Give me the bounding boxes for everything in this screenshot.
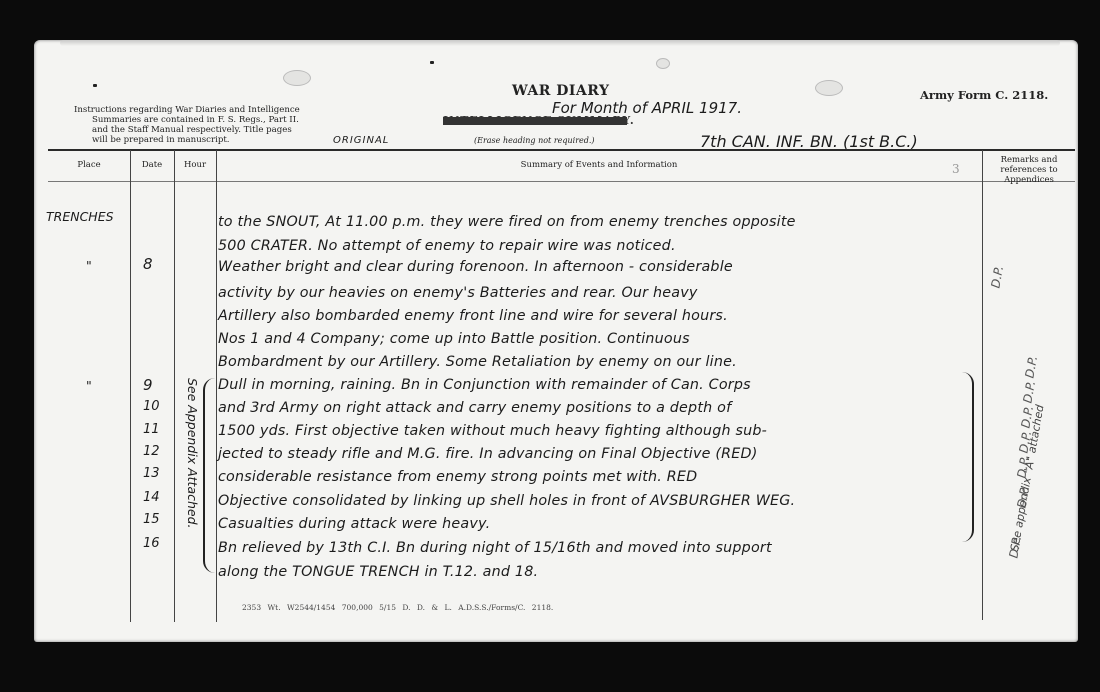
column-header-date: Date [130, 160, 174, 170]
entry-date: 11 [143, 422, 160, 437]
entry-text: Artillery also bombarded enemy front lin… [218, 308, 728, 324]
army-form-number: Army Form C. 2118. [920, 88, 1048, 102]
entry-place: " [86, 378, 92, 393]
instructions-line: and the Staff Manual respectively. Title… [74, 125, 324, 135]
form-title: WAR DIARY [512, 83, 609, 99]
entry-text: Weather bright and clear during forenoon… [218, 259, 733, 275]
original-stamp: ORIGINAL [333, 135, 389, 146]
left-brace [203, 378, 215, 573]
erase-note: (Erase heading not required.) [474, 136, 595, 145]
paper-curl [60, 40, 1060, 46]
column-header-rule [48, 181, 1075, 182]
column-divider [130, 150, 131, 622]
entry-text: Bombardment by our Artillery. Some Retal… [218, 354, 737, 370]
entry-date: 13 [143, 466, 160, 481]
entry-text: 500 CRATER. No attempt of enemy to repai… [218, 238, 676, 254]
ink-speck [430, 61, 434, 64]
entry-text: to the SNOUT, At 11.00 p.m. they were fi… [218, 214, 796, 230]
right-brace [960, 372, 974, 542]
entry-text: Dull in morning, raining. Bn in Conjunct… [218, 377, 751, 393]
punch-hole [283, 70, 311, 86]
page-number: 3 [952, 162, 960, 176]
entry-text: jected to steady rifle and M.G. fire. In… [218, 446, 758, 462]
ink-speck [93, 84, 97, 87]
column-header-hour: Hour [174, 160, 216, 170]
column-header-remarks: Remarks and references to Appendices [985, 155, 1073, 185]
column-divider [174, 150, 175, 622]
entry-text: considerable resistance from enemy stron… [218, 469, 697, 485]
entry-text: Objective consolidated by linking up she… [218, 493, 795, 509]
month-entry: For Month of APRIL 1917. [552, 99, 742, 117]
hour-appendix-note: See Appendix Attached. [185, 378, 200, 529]
entry-date: 9 [143, 376, 153, 394]
entry-text: activity by our heavies on enemy's Batte… [218, 285, 698, 301]
instructions-line: will be prepared in manuscript. [74, 135, 324, 145]
instructions-line: Summaries are contained in F. S. Regs., … [74, 115, 324, 125]
instructions-line: Instructions regarding War Diaries and I… [74, 105, 324, 115]
instructions-block: Instructions regarding War Diaries and I… [74, 105, 324, 145]
column-divider [982, 150, 983, 620]
entry-text: 1500 yds. First objective taken without … [218, 423, 767, 439]
entry-date: 12 [143, 444, 160, 459]
entry-text: and 3rd Army on right attack and carry e… [218, 400, 731, 416]
punch-hole [815, 80, 843, 96]
entry-text: along the TONGUE TRENCH in T.12. and 18. [218, 564, 538, 580]
entry-place: TRENCHES [46, 209, 114, 224]
printer-imprint: 2353 Wt. W2544/1454 700,000 5/15 D. D. &… [242, 603, 553, 612]
column-divider [216, 150, 217, 622]
column-header-summary: Summary of Events and Information [216, 160, 982, 170]
entry-date: 16 [143, 536, 160, 551]
column-header-place: Place [48, 160, 130, 170]
header-rule [48, 149, 1075, 151]
entry-date: 8 [143, 255, 153, 273]
entry-date: 10 [143, 399, 160, 414]
punch-hole [656, 58, 670, 69]
entry-text: Bn relieved by 13th C.I. Bn during night… [218, 540, 772, 556]
entry-place: " [86, 258, 92, 273]
entry-text: Casualties during attack were heavy. [218, 516, 490, 532]
entry-text: Nos 1 and 4 Company; come up into Battle… [218, 331, 690, 347]
entry-date: 14 [143, 490, 160, 505]
entry-date: 15 [143, 512, 160, 527]
